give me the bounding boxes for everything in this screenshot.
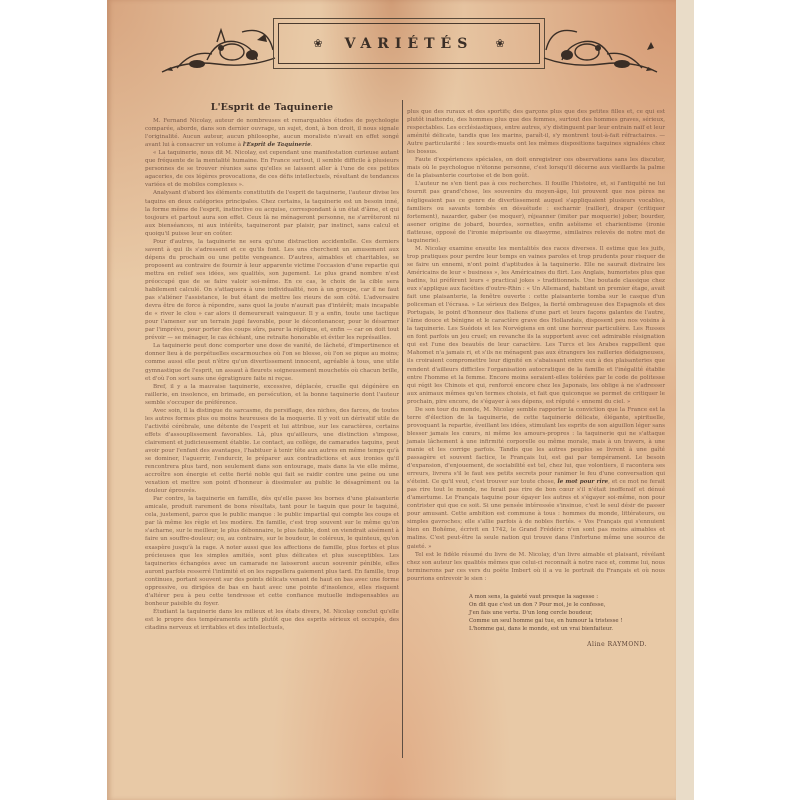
paragraph: Avec soin, il la distingue du sarcasme, … [145,407,399,496]
paragraph: « La taquinerie, nous dit M. Nicolay, es… [145,149,399,189]
article-title: L'Esprit de Taquinerie [145,104,399,112]
article-right-column: plus que des ruraux et des sportifs; des… [407,108,665,649]
paragraph: Étudiant la taquinerie dans les milieux … [145,608,399,632]
paragraph: La taquinerie peut donc comporter une do… [145,342,399,382]
column-divider [402,100,403,758]
floral-ornament-right-icon [542,20,662,75]
rosette-left-icon: ❀ [313,37,322,50]
article-left-column: L'Esprit de Taquinerie M. Fernand Nicola… [145,104,399,632]
paragraph: Analysant d'abord les éléments constitut… [145,189,399,237]
paragraph: M. Nicolay examine ensuite les mentalité… [407,245,665,406]
emphasized-phrase: l'Esprit de Taquinerie [243,142,311,148]
poem-line: A mon sens, la gaieté vaut presque la sa… [469,593,665,601]
poem-line: J'en fais une vertu. D'un long cercle bo… [469,609,665,617]
poem-quote: A mon sens, la gaieté vaut presque la sa… [469,593,665,633]
poem-line: Comme un seul homme gai tue, en humour l… [469,617,665,625]
paragraph: L'auteur ne s'en tient pas à ces recherc… [407,180,665,244]
paragraph: Par contre, la taquinerie en famille, dè… [145,495,399,608]
paragraph: Tel est le fidèle résumé du livre de M. … [407,551,665,583]
emphasized-phrase: le mot pour rire [558,479,609,485]
paragraph: Faute d'expériences spéciales, on doit e… [407,156,665,180]
paragraph: M. Fernand Nicolay, auteur de nombreuses… [145,117,399,149]
paragraph: Pour d'autres, la taquinerie ne sera qu'… [145,238,399,343]
paragraph: De son tour du monde, M. Nicolay semble … [407,406,665,551]
floral-ornament-left-icon [157,20,277,75]
newspaper-page: ❀ VARIÉTÉS ❀ L'Esprit de Taquinerie M. F… [107,0,676,800]
author-signature: Aline RAYMOND. [407,641,647,649]
poem-line: On dit que c'est un don ? Pour moi, je l… [469,601,665,609]
poem-line: L'homme gai, dans le monde, est un vrai … [469,625,665,633]
paragraph: plus que des ruraux et des sportifs; des… [407,108,665,156]
section-title: VARIÉTÉS [345,36,474,52]
paragraph: Bref, il y a la mauvaise taquinerie, exc… [145,383,399,407]
section-header: ❀ VARIÉTÉS ❀ [273,18,545,69]
rosette-right-icon: ❀ [495,37,504,50]
